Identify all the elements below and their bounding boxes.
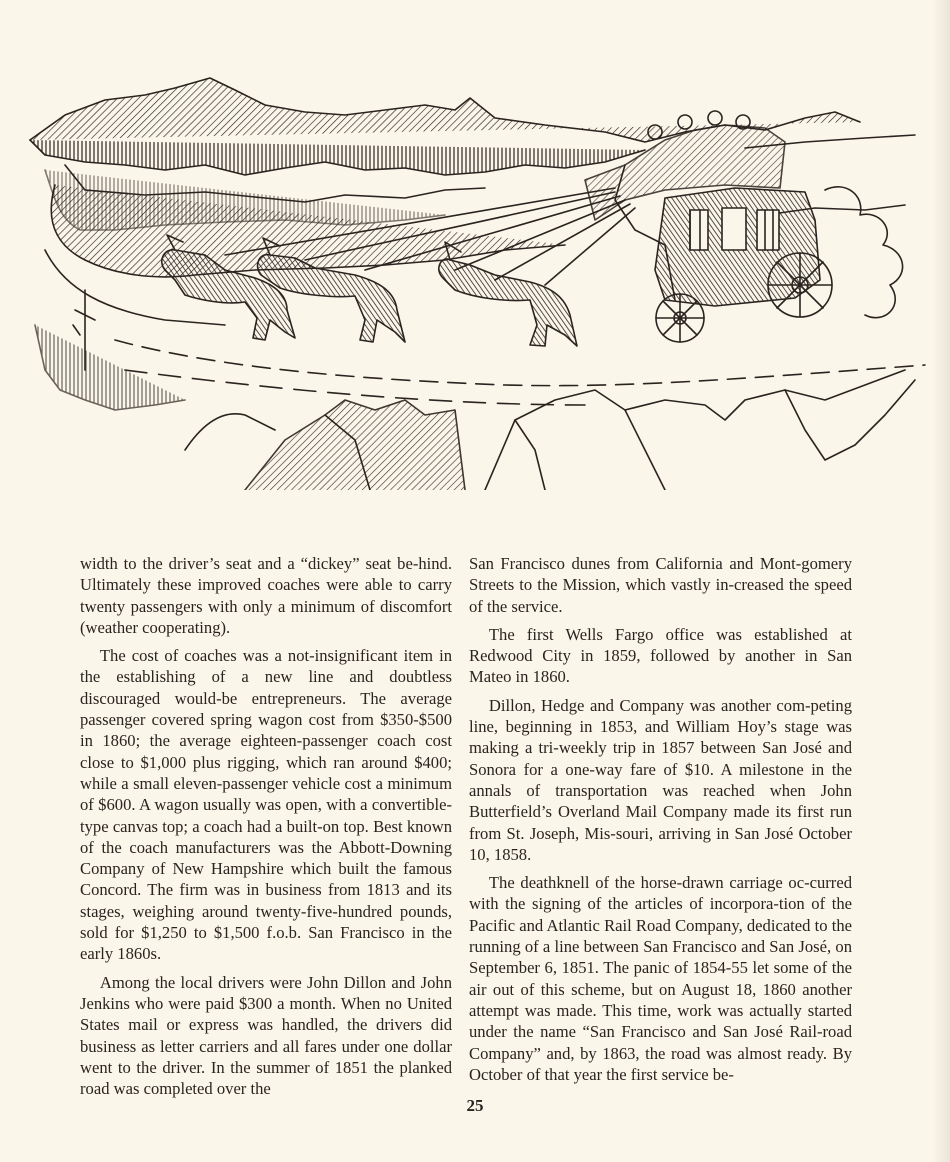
paragraph: San Francisco dunes from California and … <box>469 553 852 617</box>
paragraph: Among the local drivers were John Dillon… <box>80 972 452 1100</box>
paragraph: The deathknell of the horse-drawn carria… <box>469 872 852 1085</box>
paragraph: Dillon, Hedge and Company was another co… <box>469 695 852 865</box>
page-number: 25 <box>0 1096 950 1116</box>
stagecoach-illustration <box>25 70 935 490</box>
paragraph: The first Wells Fargo office was establi… <box>469 624 852 688</box>
left-text-column: width to the driver’s seat and a “dickey… <box>80 553 452 1106</box>
paragraph: The cost of coaches was a not-insignific… <box>80 645 452 964</box>
right-text-column: San Francisco dunes from California and … <box>469 553 852 1092</box>
paragraph: width to the driver’s seat and a “dickey… <box>80 553 452 638</box>
